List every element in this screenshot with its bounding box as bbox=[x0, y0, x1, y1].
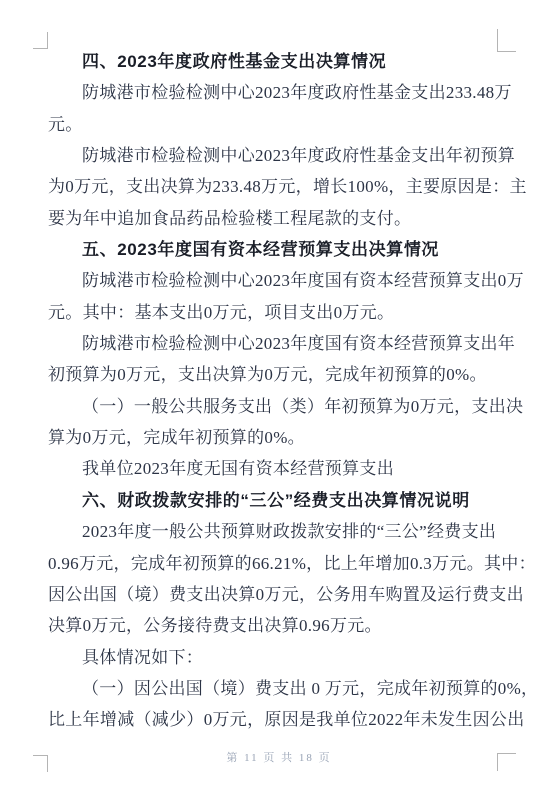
paragraph-line: 2023年度一般公共预算财政拨款安排的“三公”经费支出 bbox=[48, 516, 514, 547]
paragraph-line: （一）因公出国（境）费支出 0 万元，完成年初预算的0%， bbox=[48, 673, 514, 704]
paragraph-line: 防城港市检验检测中心2023年度国有资本经营预算支出0万 bbox=[48, 265, 514, 296]
section-heading: 六、财政拨款安排的“三公”经费支出决算情况说明 bbox=[48, 485, 514, 516]
page-number-footer: 第 11 页 共 18 页 bbox=[0, 749, 558, 765]
paragraph-line: 初预算为0万元，支出决算为0万元，完成年初预算的0%。 bbox=[48, 359, 514, 390]
paragraph-line: 0.96万元，完成年初预算的66.21%，比上年增加0.3万元。其中： bbox=[48, 548, 514, 579]
section-heading: 五、2023年度国有资本经营预算支出决算情况 bbox=[48, 234, 514, 265]
paragraph-line: 要为年中追加食品药品检验楼工程尾款的支付。 bbox=[48, 203, 514, 234]
section-heading: 四、2023年度政府性基金支出决算情况 bbox=[48, 46, 514, 77]
paragraph-line: 因公出国（境）费支出决算0万元，公务用车购置及运行费支出 bbox=[48, 579, 514, 610]
paragraph-line: 具体情况如下： bbox=[48, 642, 514, 673]
paragraph-line: 防城港市检验检测中心2023年度国有资本经营预算支出年 bbox=[48, 328, 514, 359]
paragraph-line: （一）一般公共服务支出（类）年初预算为0万元，支出决 bbox=[48, 391, 514, 422]
paragraph-line: 比上年增减（减少）0万元，原因是我单位2022年未发生因公出 bbox=[48, 704, 514, 735]
paragraph-line: 算为0万元，完成年初预算的0%。 bbox=[48, 422, 514, 453]
paragraph-line: 防城港市检验检测中心2023年度政府性基金支出年初预算 bbox=[48, 140, 514, 171]
document-body: 四、2023年度政府性基金支出决算情况防城港市检验检测中心2023年度政府性基金… bbox=[48, 46, 514, 736]
text-boundary-mark-top-left bbox=[33, 32, 48, 49]
paragraph-line: 我单位2023年度无国有资本经营预算支出 bbox=[48, 453, 514, 484]
paragraph-line: 元。其中：基本支出0万元，项目支出0万元。 bbox=[48, 297, 514, 328]
document-page: 四、2023年度政府性基金支出决算情况防城港市检验检测中心2023年度政府性基金… bbox=[0, 0, 558, 802]
paragraph-line: 防城港市检验检测中心2023年度政府性基金支出233.48万 bbox=[48, 77, 514, 108]
paragraph-line: 元。 bbox=[48, 109, 514, 140]
paragraph-line: 为0万元，支出决算为233.48万元，增长100%，主要原因是：主 bbox=[48, 171, 514, 202]
paragraph-line: 决算0万元，公务接待费支出决算0.96万元。 bbox=[48, 610, 514, 641]
